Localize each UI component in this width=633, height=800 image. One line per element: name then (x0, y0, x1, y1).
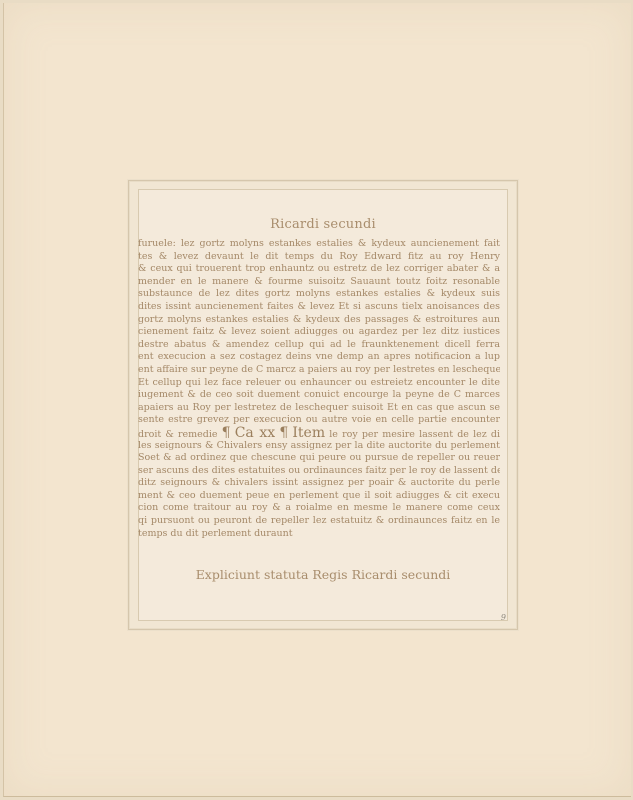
text-line: & ceux qui trouerent trop enhauntz ou es… (138, 263, 500, 276)
page-number: 9 (501, 613, 506, 622)
text-line: Soet & ad ordinez que chescune qui peure… (138, 452, 500, 465)
pilcrow-mark: ¶ (279, 425, 288, 441)
item-marker: Item (292, 425, 325, 441)
text-line: cion come traitour au roy & a roialme en… (138, 502, 500, 515)
mount-board: Ricardi secundi furuele: lez gortz molyn… (3, 3, 631, 797)
pilcrow-mark: ¶ (222, 425, 231, 441)
chapter-line: droit & remedie ¶ Ca xx ¶ Item le roy pe… (138, 427, 500, 440)
text-fragment: le roy per mesire lassent de lez di (329, 429, 500, 440)
text-line: Et cellup qui lez face releuer ou enhaun… (138, 377, 500, 390)
colophon-explicit: Expliciunt statuta Regis Ricardi secundi (139, 567, 507, 582)
text-line: cienement faitz & levez soient adiugges … (138, 326, 500, 339)
text-line: dites issint auncienement faites & levez… (138, 301, 500, 314)
text-line: ditz seignours & chivalers issint assign… (138, 477, 500, 490)
text-line: iugement & de ceo soit duement conuict e… (138, 389, 500, 402)
text-line: gortz molyns estankes estalies & kydeux … (138, 314, 500, 327)
text-line: les seignours & Chivalers ensy assignez … (138, 440, 500, 453)
text-line: destre abatus & amendez cellup qui ad le… (138, 339, 500, 352)
text-line: apaiers au Roy per lestretez de leschequ… (138, 402, 500, 415)
text-line: qi pursuont ou peuront de repeller lez e… (138, 515, 500, 528)
text-line: substaunce de lez dites gortz molyns est… (138, 288, 500, 301)
text-fragment: droit & remedie (138, 429, 217, 440)
text-line: ser ascuns des dites estatuites ou ordin… (138, 465, 500, 478)
text-line: tes & levez devaunt le dit temps du Roy … (138, 251, 500, 264)
text-line: ent execucion a sez costagez deins vne d… (138, 351, 500, 364)
text-line: ent affaire sur peyne de C marcz a paier… (138, 364, 500, 377)
statute-text: furuele: lez gortz molyns estankes estal… (138, 238, 500, 540)
text-line: ment & ceo duement peue en perlement que… (138, 490, 500, 503)
text-line: furuele: lez gortz molyns estankes estal… (138, 238, 500, 251)
text-line: mender en le manere & fourme suisoitz Sa… (138, 276, 500, 289)
printed-plate: Ricardi secundi furuele: lez gortz molyn… (138, 189, 508, 621)
text-line: temps du dit perlement duraunt (138, 528, 500, 541)
running-heading: Ricardi secundi (139, 217, 507, 232)
chapter-number: Ca xx (235, 425, 275, 441)
